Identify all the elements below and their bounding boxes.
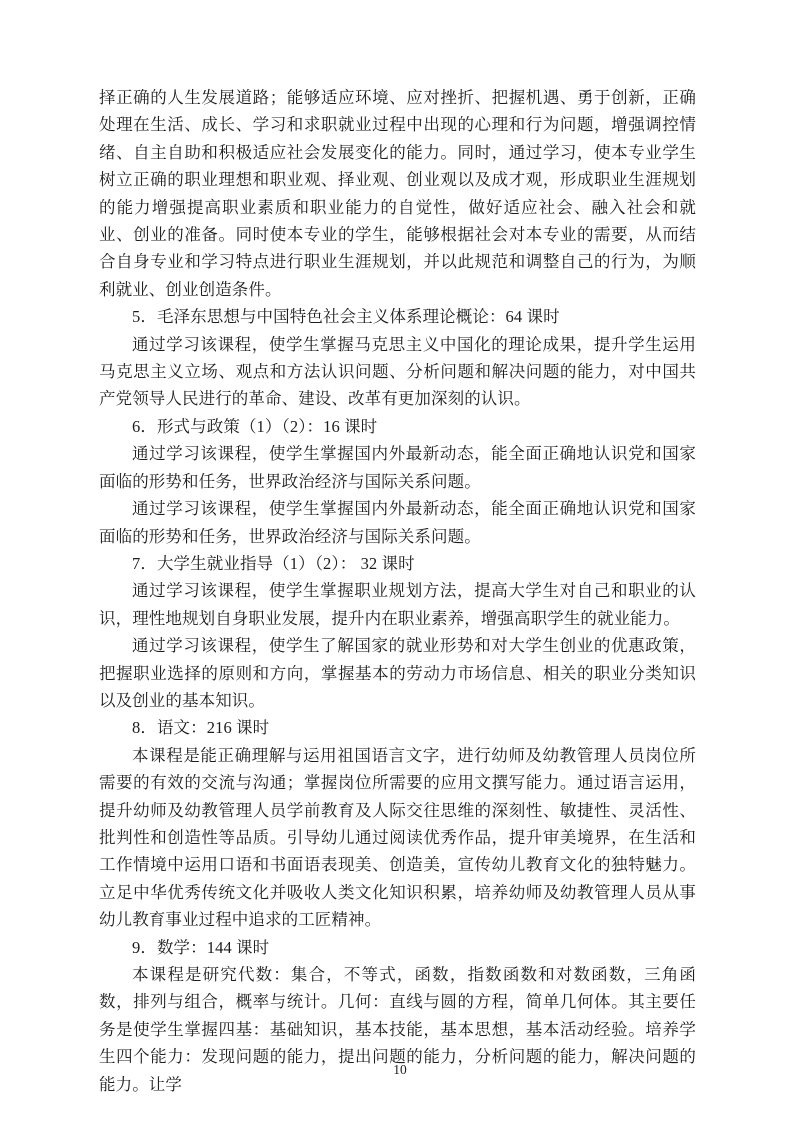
paragraph-course-5-description: 通过学习该课程，使学生掌握马克思主义中国化的理论成果，提升学生运用马克思主义立场…: [99, 331, 696, 413]
heading-course-9-math: 9．数学：144 课时: [99, 934, 696, 961]
document-page: 择正确的人生发展道路；能够适应环境、应对挫折、把握机遇、勇于创新，正确处理在生活…: [0, 0, 800, 1129]
paragraph-course-6-description-2: 通过学习该课程，使学生掌握国内外最新动态，能全面正确地认识党和国家面临的形势和任…: [99, 495, 696, 550]
page-content: 择正确的人生发展道路；能够适应环境、应对挫折、把握机遇、勇于创新，正确处理在生活…: [99, 84, 696, 1098]
heading-course-8-chinese: 8．语文：216 课时: [99, 714, 696, 741]
heading-course-5-mao-thought: 5．毛泽东思想与中国特色社会主义体系理论概论：64 课时: [99, 303, 696, 330]
paragraph-career-planning-continuation: 择正确的人生发展道路；能够适应环境、应对挫折、把握机遇、勇于创新，正确处理在生活…: [99, 84, 696, 303]
page-number: 10: [0, 1061, 800, 1079]
paragraph-course-6-description-1: 通过学习该课程，使学生掌握国内外最新动态，能全面正确地认识党和国家面临的形势和任…: [99, 440, 696, 495]
paragraph-course-7-description-2: 通过学习该课程，使学生了解国家的就业形势和对大学生创业的优惠政策，把握职业选择的…: [99, 632, 696, 714]
heading-course-6-situation-policy: 6．形式与政策（1）（2）：16 课时: [99, 413, 696, 440]
paragraph-course-8-description: 本课程是能正确理解与运用祖国语言文字，进行幼师及幼教管理人员岗位所需要的有效的交…: [99, 742, 696, 934]
paragraph-course-7-description-1: 通过学习该课程，使学生掌握职业规划方法，提高大学生对自己和职业的认识，理性地规划…: [99, 577, 696, 632]
heading-course-7-employment-guidance: 7．大学生就业指导（1）（2）： 32 课时: [99, 550, 696, 577]
